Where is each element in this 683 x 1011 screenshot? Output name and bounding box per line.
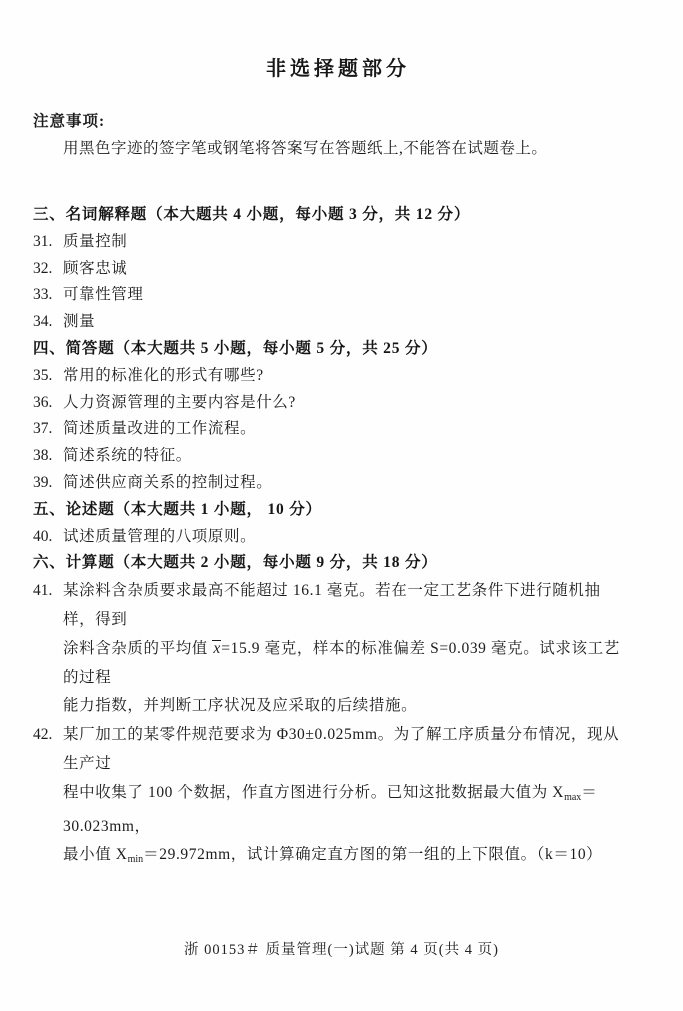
question-number: 38.	[33, 443, 63, 470]
page-footer: 浙 00153＃ 质量管理(一)试题 第 4 页(共 4 页)	[0, 938, 683, 959]
section: 四、简答题（本大题共 5 小题，每小题 5 分，共 25 分）35.常用的标准化…	[33, 336, 623, 497]
question-text: 质量控制	[63, 229, 623, 256]
section: 五、论述题（本大题共 1 小题， 10 分）40.试述质量管理的八项原则。	[33, 497, 623, 551]
subscript: max	[564, 792, 581, 803]
question-number: 35.	[33, 363, 63, 390]
subscript: min	[128, 854, 144, 865]
question-number: 31.	[33, 229, 63, 256]
question-row: 31.质量控制	[33, 229, 623, 256]
question-number: 39.	[33, 470, 63, 497]
question-line: 测量	[63, 309, 623, 336]
text-segment: 简述供应商关系的控制过程。	[63, 474, 272, 491]
question-row: 40.试述质量管理的八项原则。	[33, 524, 623, 551]
text-segment: 涂料含杂质的平均值	[63, 640, 212, 657]
question-text: 简述质量改进的工作流程。	[63, 416, 623, 443]
question-number: 32.	[33, 256, 63, 283]
question-number: 40.	[33, 524, 63, 551]
question-sections: 三、名词解释题（本大题共 4 小题，每小题 3 分，共 12 分）31.质量控制…	[33, 202, 623, 875]
section-heading: 六、计算题（本大题共 2 小题，每小题 9 分，共 18 分）	[33, 550, 623, 577]
question-line: 涂料含杂质的平均值 x=15.9 毫克，样本的标准偏差 S=0.039 毫克。试…	[63, 635, 623, 693]
question-text: 简述系统的特征。	[63, 443, 623, 470]
question-line: 简述系统的特征。	[63, 443, 623, 470]
text-segment: 程中收集了 100 个数据，作直方图进行分析。已知这批数据最大值为 X	[63, 784, 564, 801]
section: 六、计算题（本大题共 2 小题，每小题 9 分，共 18 分）41.某涂料含杂质…	[33, 550, 623, 875]
question-row: 37.简述质量改进的工作流程。	[33, 416, 623, 443]
question-row: 39.简述供应商关系的控制过程。	[33, 470, 623, 497]
question-row: 38.简述系统的特征。	[33, 443, 623, 470]
question-line: 试述质量管理的八项原则。	[63, 524, 623, 551]
question-text: 人力资源管理的主要内容是什么?	[63, 390, 623, 417]
question-row: 35.常用的标准化的形式有哪些?	[33, 363, 623, 390]
question-row: 36.人力资源管理的主要内容是什么?	[33, 390, 623, 417]
question-line: 人力资源管理的主要内容是什么?	[63, 390, 623, 417]
question-text: 某涂料含杂质要求最高不能超过 16.1 毫克。若在一定工艺条件下进行随机抽样，得…	[63, 577, 623, 721]
question-line: 简述质量改进的工作流程。	[63, 416, 623, 443]
question-number: 34.	[33, 309, 63, 336]
section-heading: 五、论述题（本大题共 1 小题， 10 分）	[33, 497, 623, 524]
question-line: 顾客忠诚	[63, 256, 623, 283]
question-text: 可靠性管理	[63, 282, 623, 309]
notice-label: 注意事项:	[33, 108, 623, 135]
text-segment: 简述质量改进的工作流程。	[63, 420, 256, 437]
question-number: 37.	[33, 416, 63, 443]
question-row: 32.顾客忠诚	[33, 256, 623, 283]
question-number: 41.	[33, 577, 63, 606]
text-segment: 质量控制	[63, 233, 127, 250]
text-segment: 简述系统的特征。	[63, 447, 192, 464]
question-text: 试述质量管理的八项原则。	[63, 524, 623, 551]
notice-text: 用黑色字迹的签字笔或钢笔将答案写在答题纸上,不能答在试题卷上。	[33, 135, 623, 162]
question-line: 某厂加工的某零件规范要求为 Φ30±0.025mm。为了解工序质量分布情况，现从…	[63, 721, 623, 779]
text-segment: 某厂加工的某零件规范要求为 Φ30±0.025mm。为了解工序质量分布情况，现从…	[63, 726, 619, 772]
question-text: 测量	[63, 309, 623, 336]
question-text: 常用的标准化的形式有哪些?	[63, 363, 623, 390]
question-number: 42.	[33, 721, 63, 750]
text-segment: 可靠性管理	[63, 286, 144, 303]
question-row: 33.可靠性管理	[33, 282, 623, 309]
question-line: 常用的标准化的形式有哪些?	[63, 363, 623, 390]
question-number: 33.	[33, 282, 63, 309]
text-segment: 试述质量管理的八项原则。	[63, 528, 256, 545]
x-bar-symbol: x	[212, 640, 221, 656]
text-segment: 顾客忠诚	[63, 260, 127, 277]
question-line: 可靠性管理	[63, 282, 623, 309]
text-segment: 常用的标准化的形式有哪些?	[63, 367, 264, 384]
text-segment: 能力指数，并判断工序状况及应采取的后续措施。	[63, 697, 417, 714]
question-line: 程中收集了 100 个数据，作直方图进行分析。已知这批数据最大值为 Xmax＝3…	[63, 779, 623, 842]
question-line: 能力指数，并判断工序状况及应采取的后续措施。	[63, 692, 623, 721]
text-segment: 某涂料含杂质要求最高不能超过 16.1 毫克。若在一定工艺条件下进行随机抽样，得…	[63, 582, 601, 628]
page-title: 非选择题部分	[53, 56, 623, 82]
text-segment: 最小值 X	[63, 846, 128, 863]
question-text: 简述供应商关系的控制过程。	[63, 470, 623, 497]
text-segment: 人力资源管理的主要内容是什么?	[63, 394, 296, 411]
text-segment: ＝29.972mm，试计算确定直方图的第一组的上下限值。（k＝10）	[143, 846, 602, 863]
section-heading: 三、名词解释题（本大题共 4 小题，每小题 3 分，共 12 分）	[33, 202, 623, 229]
exam-page: 非选择题部分 注意事项: 用黑色字迹的签字笔或钢笔将答案写在答题纸上,不能答在试…	[0, 0, 683, 1011]
question-text: 顾客忠诚	[63, 256, 623, 283]
question-line: 简述供应商关系的控制过程。	[63, 470, 623, 497]
question-line: 质量控制	[63, 229, 623, 256]
text-segment: 测量	[63, 313, 95, 330]
question-row: 42.某厂加工的某零件规范要求为 Φ30±0.025mm。为了解工序质量分布情况…	[33, 721, 623, 875]
question-text: 某厂加工的某零件规范要求为 Φ30±0.025mm。为了解工序质量分布情况，现从…	[63, 721, 623, 875]
question-number: 36.	[33, 390, 63, 417]
section: 三、名词解释题（本大题共 4 小题，每小题 3 分，共 12 分）31.质量控制…	[33, 202, 623, 336]
question-line: 某涂料含杂质要求最高不能超过 16.1 毫克。若在一定工艺条件下进行随机抽样，得…	[63, 577, 623, 635]
question-line: 最小值 Xmin＝29.972mm，试计算确定直方图的第一组的上下限值。（k＝1…	[63, 841, 623, 875]
section-heading: 四、简答题（本大题共 5 小题，每小题 5 分，共 25 分）	[33, 336, 623, 363]
question-row: 34.测量	[33, 309, 623, 336]
question-row: 41.某涂料含杂质要求最高不能超过 16.1 毫克。若在一定工艺条件下进行随机抽…	[33, 577, 623, 721]
